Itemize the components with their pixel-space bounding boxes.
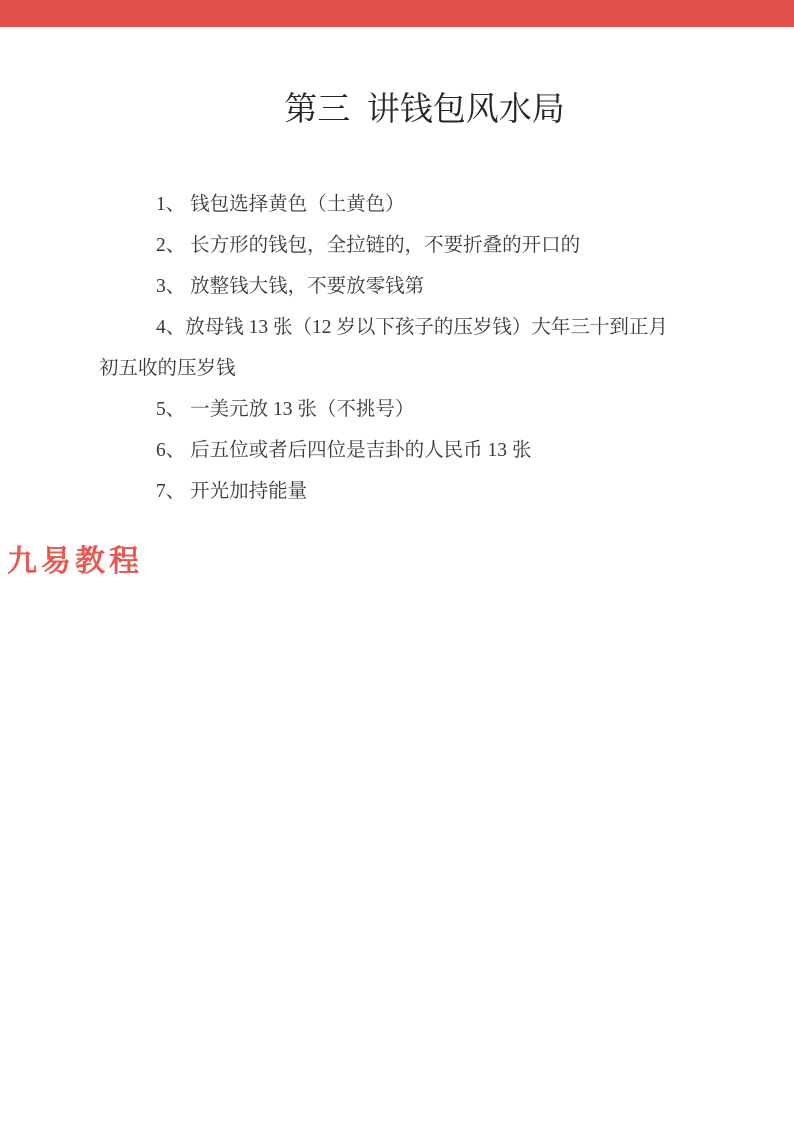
list-item-1: 1、 钱包选择黄色（土黄色） xyxy=(99,184,719,225)
document-body: 1、 钱包选择黄色（土黄色） 2、 长方形的钱包，全拉链的，不要折叠的开口的 3… xyxy=(99,184,719,512)
list-item-3: 3、 放整钱大钱，不要放零钱第 xyxy=(99,266,719,307)
list-item-2: 2、 长方形的钱包，全拉链的，不要折叠的开口的 xyxy=(99,225,719,266)
header-banner: 上万套周易教程请加微信： azh9969 也可直接进入www.265zhouyi… xyxy=(0,0,794,27)
list-item-5: 5、 一美元放 13 张（不挑号） xyxy=(99,389,719,430)
page-title: 第三 讲钱包风水局 xyxy=(0,88,794,132)
document-page: 上万套周易教程请加微信： azh9969 也可直接进入www.265zhouyi… xyxy=(0,0,794,1123)
list-item-7: 7、 开光加持能量 xyxy=(99,471,719,512)
list-item-4-wrap-line: 初五收的压岁钱 xyxy=(99,348,719,389)
brand-watermark: 九易教程 xyxy=(7,543,143,581)
list-item-6: 6、 后五位或者后四位是吉卦的人民币 13 张 xyxy=(99,430,719,471)
list-item-4: 4、放母钱 13 张（12 岁以下孩子的压岁钱）大年三十到正月 xyxy=(99,307,719,348)
header-banner-text: 上万套周易教程请加微信： azh9969 也可直接进入www.265zhouyi… xyxy=(169,33,641,48)
